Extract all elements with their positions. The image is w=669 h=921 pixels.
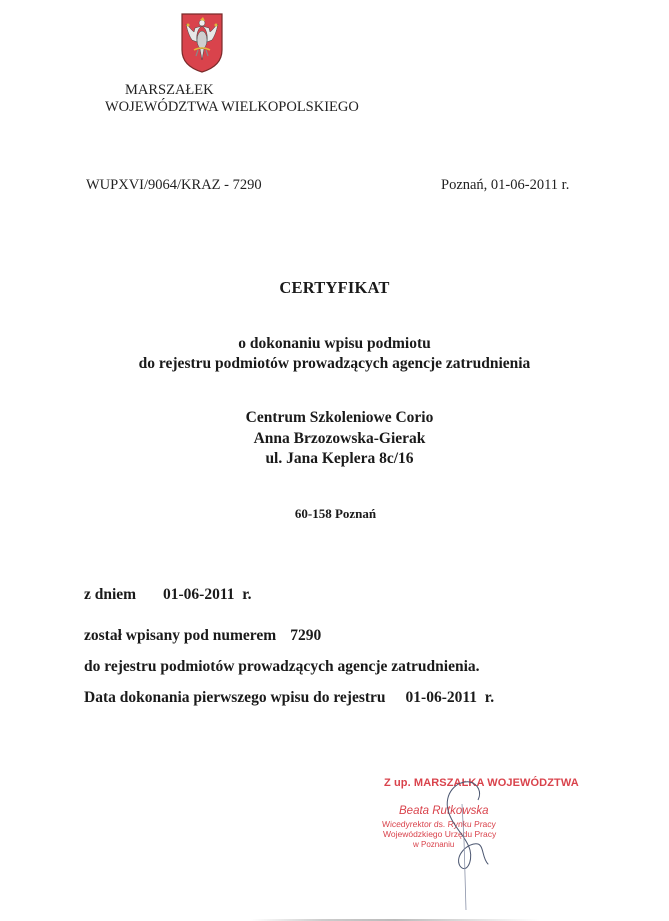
document-subtitle: o dokonaniu wpisu podmiotu do rejestru p…: [0, 334, 669, 374]
place-date: Poznań, 01-06-2011 r.: [441, 177, 569, 194]
entity-postal: 60-158 Poznań: [0, 506, 669, 522]
registration-number-value: 7290: [290, 627, 321, 644]
handwritten-signature-icon: [378, 770, 578, 910]
first-entry-value: 01-06-2011 r.: [406, 689, 495, 706]
white-eagle-crest-icon: [180, 12, 224, 74]
entity-owner: Anna Brzozowska-Gierak: [10, 429, 669, 450]
issuer-title: MARSZAŁEK: [105, 82, 359, 99]
certificate-page: MARSZAŁEK WOJEWÓDZTWA WIELKOPOLSKIEGO WU…: [0, 0, 669, 921]
first-entry-label: Data dokonania pierwszego wpisu do rejes…: [84, 689, 386, 706]
entry-date-value: 01-06-2011 r.: [163, 586, 252, 604]
entity-name: Centrum Szkoleniowe Corio: [10, 408, 669, 429]
reference-number: WUPXVI/9064/KRAZ - 7290: [86, 177, 262, 194]
entry-date-row: z dniem 01-06-2011 r.: [84, 586, 136, 604]
first-entry-row: Data dokonania pierwszego wpisu do rejes…: [84, 689, 494, 707]
registration-number-row: został wpisany pod numerem7290: [84, 627, 321, 645]
document-title: CERTYFIKAT: [0, 278, 669, 298]
issuer-block: MARSZAŁEK WOJEWÓDZTWA WIELKOPOLSKIEGO: [105, 82, 359, 116]
entry-date-label: z dniem: [84, 586, 136, 603]
subtitle-line-1: o dokonaniu wpisu podmiotu: [0, 334, 669, 354]
register-line: do rejestru podmiotów prowadzących agenc…: [84, 658, 480, 676]
issuer-region: WOJEWÓDZTWA WIELKOPOLSKIEGO: [105, 99, 359, 116]
subtitle-line-2: do rejestru podmiotów prowadzących agenc…: [0, 354, 669, 374]
entity-block: Centrum Szkoleniowe Corio Anna Brzozowsk…: [0, 408, 669, 470]
registration-number-label: został wpisany pod numerem: [84, 627, 276, 644]
entity-street: ul. Jana Keplera 8c/16: [10, 449, 669, 470]
